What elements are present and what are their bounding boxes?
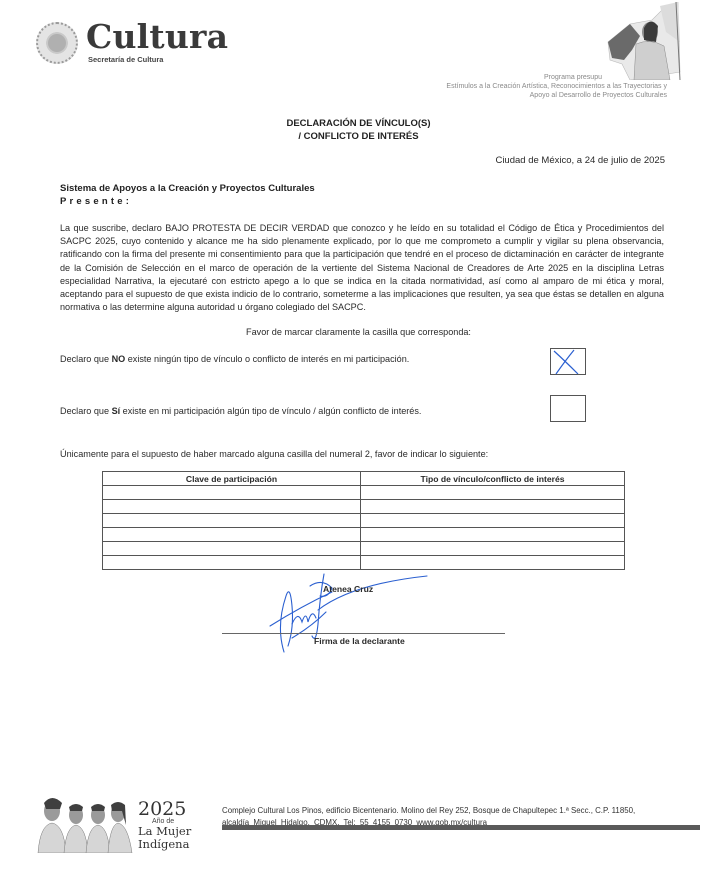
- brand-subtitle: Secretaría de Cultura: [88, 55, 163, 64]
- year-badge-line3: Indígena: [138, 838, 189, 851]
- option-no-conflict-label: Declaro que NO existe ningún tipo de vín…: [60, 354, 409, 364]
- title-line-1: DECLARACIÓN DE VÍNCULO(S): [0, 117, 717, 130]
- check-x-mark-icon: [551, 349, 585, 374]
- table-header-row: Clave de participación Tipo de vínculo/c…: [103, 472, 625, 486]
- option-emphasis: NO: [112, 354, 126, 364]
- table-row: [103, 486, 625, 500]
- checkbox-yes-conflict[interactable]: [550, 395, 586, 422]
- checkbox-no-conflict[interactable]: [550, 348, 586, 375]
- conflict-table: Clave de participación Tipo de vínculo/c…: [102, 471, 625, 570]
- cell-tipo[interactable]: [361, 542, 625, 556]
- cell-clave[interactable]: [103, 500, 361, 514]
- table-note: Únicamente para el supuesto de haber mar…: [60, 449, 488, 459]
- option-suffix: existe ningún tipo de vínculo o conflict…: [125, 354, 409, 364]
- recipient: Sistema de Apoyos a la Creación y Proyec…: [60, 183, 315, 194]
- cell-clave[interactable]: [103, 486, 361, 500]
- header-clave: Clave de participación: [103, 472, 361, 486]
- table-row: [103, 542, 625, 556]
- cell-tipo[interactable]: [361, 486, 625, 500]
- brand-logo-text: Cultura: [86, 17, 228, 57]
- title-line-2: / CONFLICTO DE INTERÉS: [0, 130, 717, 143]
- footer-divider-bar: [222, 825, 700, 830]
- option-prefix: Declaro que: [60, 406, 112, 416]
- program-caption-line2: Estímulos a la Creación Artística, Recon…: [446, 82, 667, 91]
- signer-name: Atenea Cruz: [323, 584, 373, 594]
- option-emphasis: Sí: [112, 406, 121, 416]
- option-yes-conflict-label: Declaro que Sí existe en mi participació…: [60, 406, 421, 416]
- table-row: [103, 500, 625, 514]
- instruction-text: Favor de marcar claramente la casilla qu…: [0, 327, 717, 337]
- salutation: Presente:: [60, 196, 132, 207]
- document-title: DECLARACIÓN DE VÍNCULO(S) / CONFLICTO DE…: [0, 117, 717, 143]
- table-row: [103, 528, 625, 542]
- cell-clave[interactable]: [103, 528, 361, 542]
- year-badge: 2025: [138, 799, 186, 819]
- cell-clave[interactable]: [103, 542, 361, 556]
- cell-tipo[interactable]: [361, 500, 625, 514]
- program-caption-line1: Programa presupu: [544, 73, 602, 82]
- signature-caption: Firma de la declarante: [314, 636, 405, 646]
- table-row: [103, 514, 625, 528]
- header-tipo: Tipo de vínculo/conflicto de interés: [361, 472, 625, 486]
- cell-tipo[interactable]: [361, 514, 625, 528]
- cell-tipo[interactable]: [361, 528, 625, 542]
- footer-address: Complejo Cultural Los Pinos, edificio Bi…: [222, 806, 635, 815]
- cell-clave[interactable]: [103, 514, 361, 528]
- declaration-body: La que suscribe, declaro BAJO PROTESTA D…: [60, 222, 664, 314]
- program-caption-line3: Apoyo al Desarrollo de Proyectos Cultura…: [530, 91, 667, 100]
- document-date: Ciudad de México, a 24 de julio de 2025: [495, 155, 665, 166]
- option-prefix: Declaro que: [60, 354, 112, 364]
- indigenous-women-illustration-icon: [36, 795, 134, 853]
- signature-line: [222, 633, 505, 634]
- option-suffix: existe en mi participación algún tipo de…: [120, 406, 421, 416]
- flag-woman-illustration-icon: [600, 2, 682, 80]
- coat-of-arms-seal-icon: [36, 22, 78, 64]
